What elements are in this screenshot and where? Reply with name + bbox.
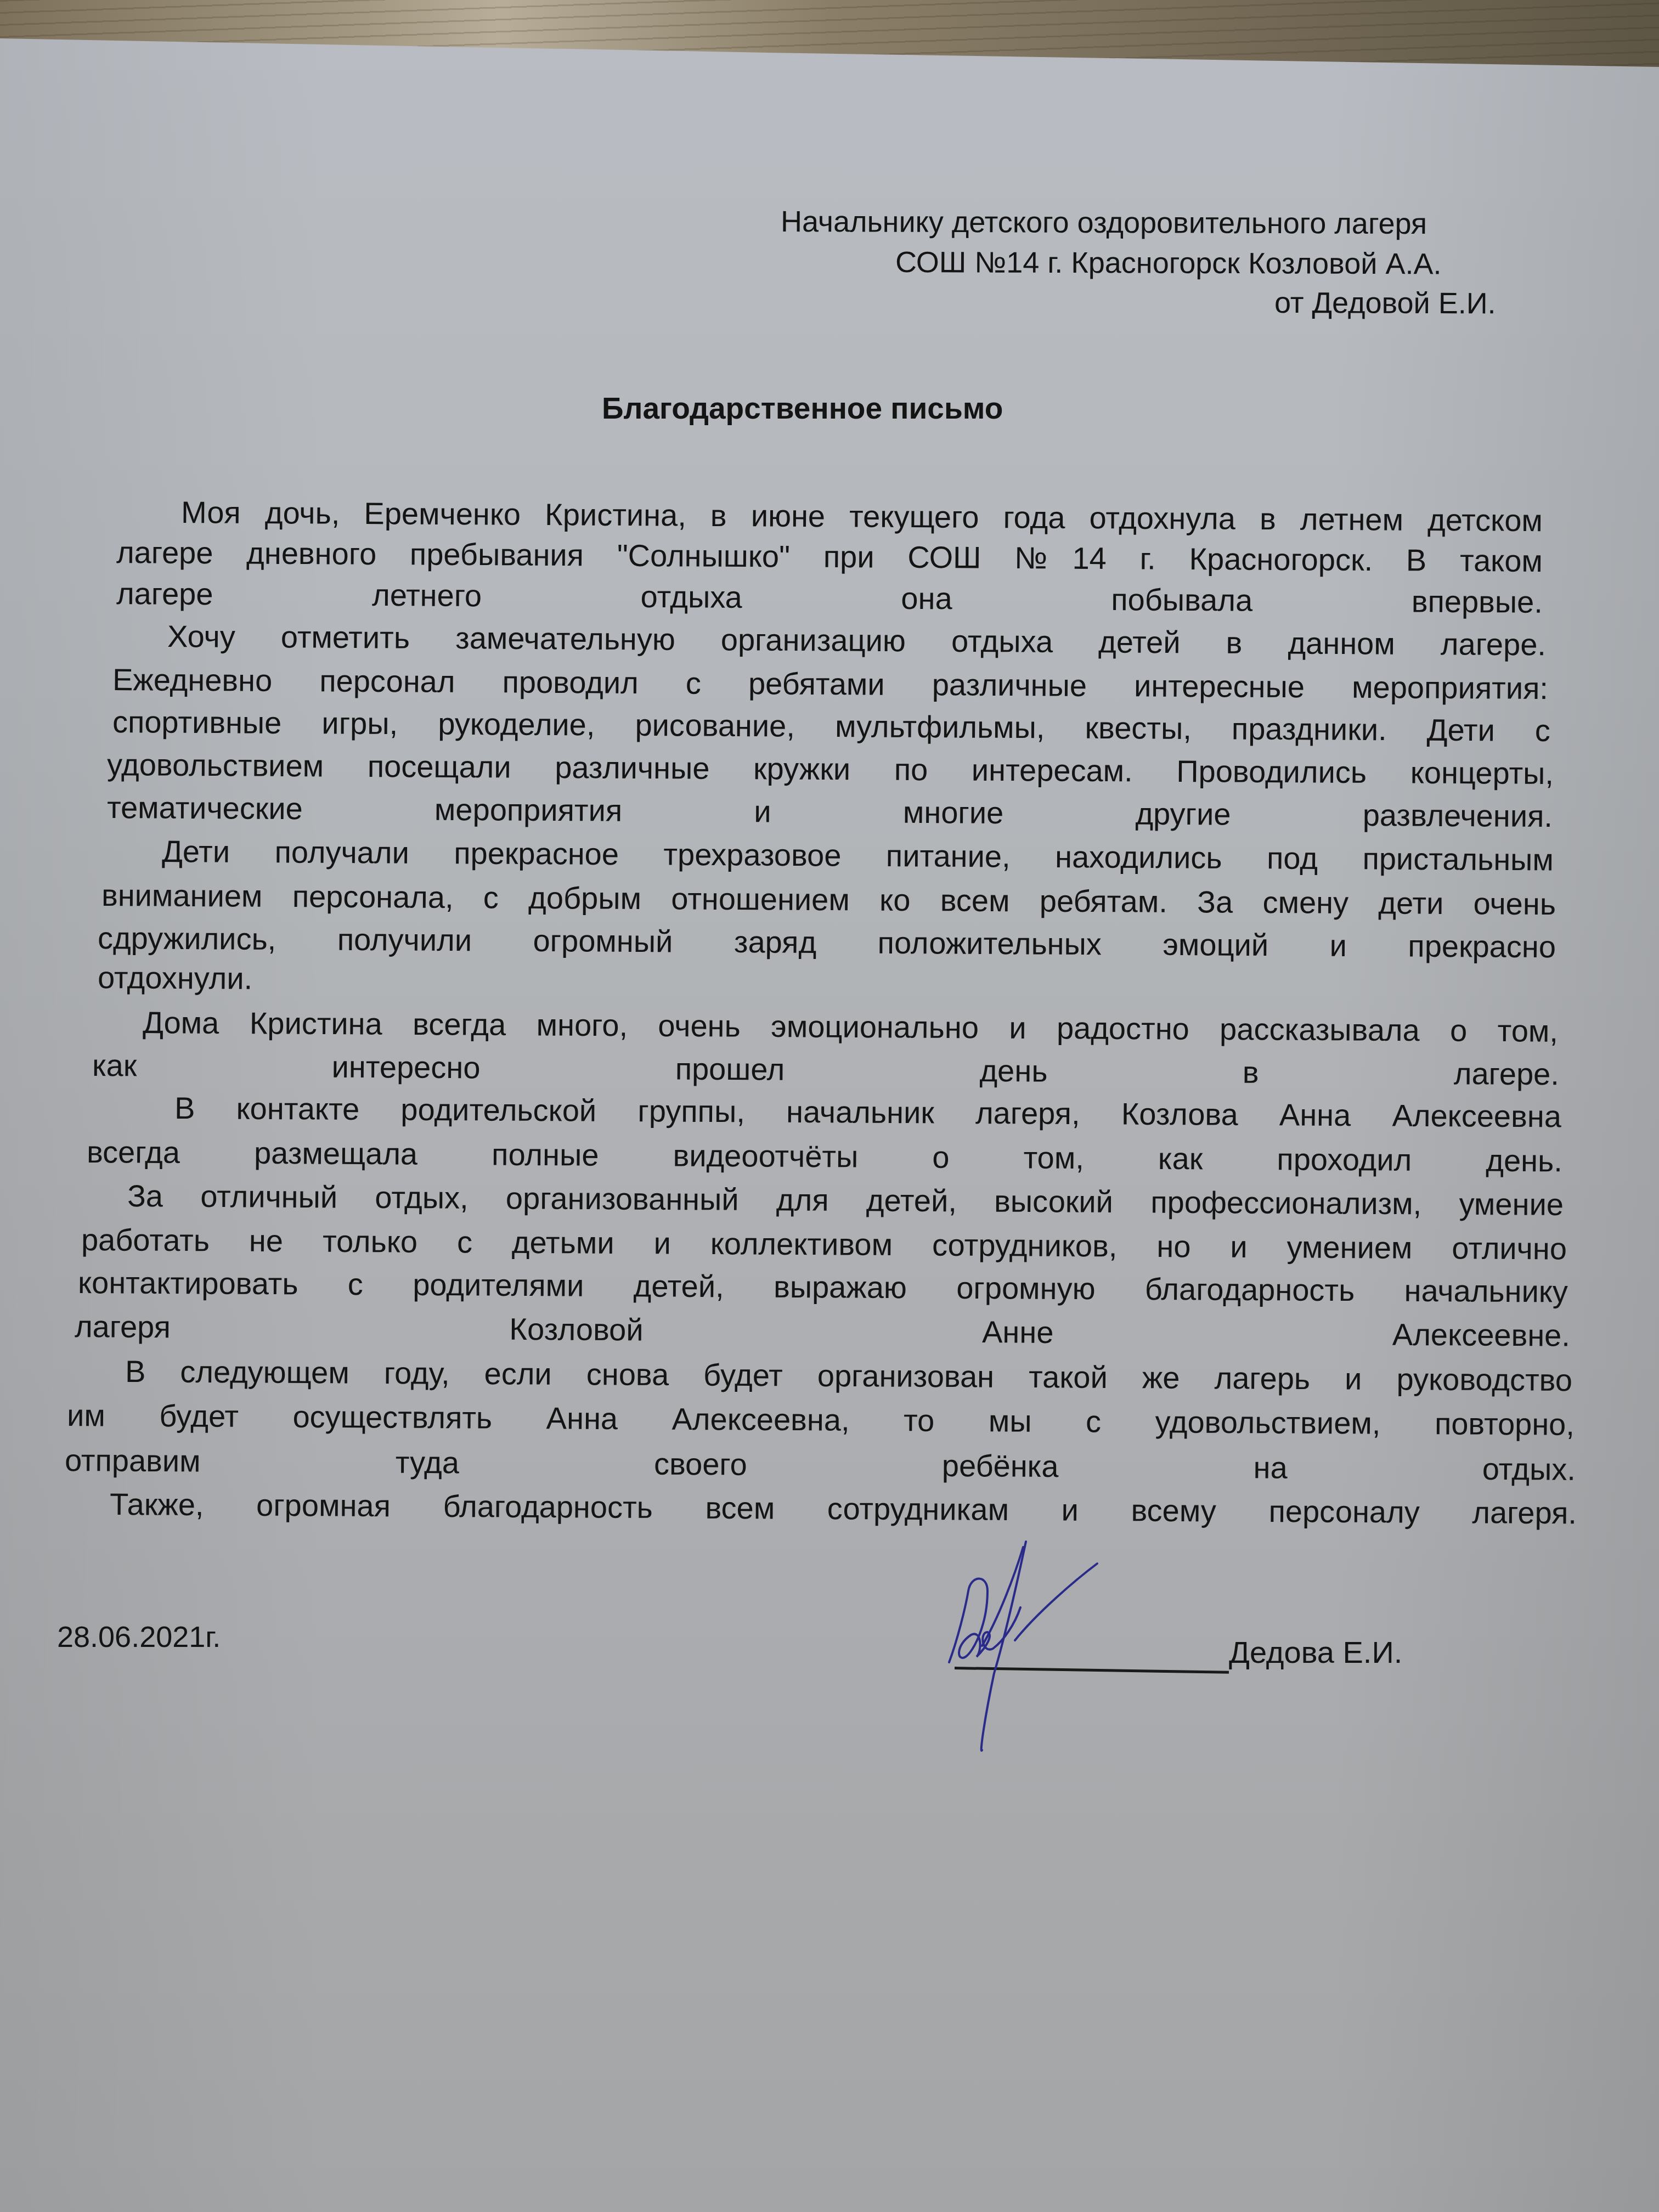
body-word: отправим [65, 1443, 201, 1479]
body-word: лагере [116, 576, 213, 612]
body-word: проходил [1277, 1142, 1412, 1178]
body-word: развлечения. [1363, 798, 1553, 834]
body-word: своего [654, 1447, 747, 1482]
addressee-line-1: Начальнику детского оздоровительного лаг… [781, 204, 1427, 241]
addressee-line-3: от Дедовой Е.И. [1274, 285, 1496, 321]
signatory-name: Дедова Е.И. [1229, 1635, 1402, 1670]
body-word: побывала [1111, 582, 1252, 618]
body-word: Козловой [509, 1312, 644, 1347]
body-line: отдохнули. [98, 960, 252, 996]
body-word: Алексеевне. [1392, 1317, 1570, 1353]
body-word: отдых. [1482, 1452, 1576, 1487]
body-word: в [1243, 1055, 1259, 1090]
body-word: всегда [87, 1135, 180, 1170]
body-word: Анне [982, 1314, 1054, 1350]
letter-date: 28.06.2021г. [57, 1620, 221, 1655]
body-word: прошел [675, 1051, 785, 1087]
body-word: как [92, 1048, 137, 1083]
body-word: ребёнка [942, 1448, 1059, 1484]
body-word: том, [1023, 1140, 1084, 1176]
body-word: многие [903, 795, 1004, 831]
body-word: интересно [331, 1049, 480, 1086]
body-word: она [901, 581, 952, 617]
body-word: другие [1135, 796, 1231, 832]
body-word: лагере. [1454, 1056, 1559, 1092]
body-word: и [754, 794, 771, 829]
body-word: на [1253, 1450, 1287, 1485]
letter-title: Благодарственное письмо [602, 391, 1003, 426]
body-word: видеоотчёты [673, 1138, 858, 1175]
body-word: лагеря [75, 1309, 171, 1345]
body-word: размещала [254, 1136, 417, 1172]
body-word: отдыха [641, 579, 743, 615]
addressee-line-2: СОШ №14 г. Красногорск Козловой А.А. [895, 245, 1442, 281]
body-word: тематические [107, 790, 303, 826]
body-word: день [979, 1053, 1047, 1089]
body-word: как [1158, 1141, 1203, 1176]
body-word: летнего [372, 578, 482, 613]
body-word: день. [1486, 1143, 1562, 1179]
body-word: впервые. [1412, 584, 1543, 619]
body-word: туда [396, 1445, 460, 1481]
body-word: о [932, 1139, 950, 1175]
body-word: мероприятия [435, 792, 623, 828]
body-word: полные [492, 1137, 599, 1173]
